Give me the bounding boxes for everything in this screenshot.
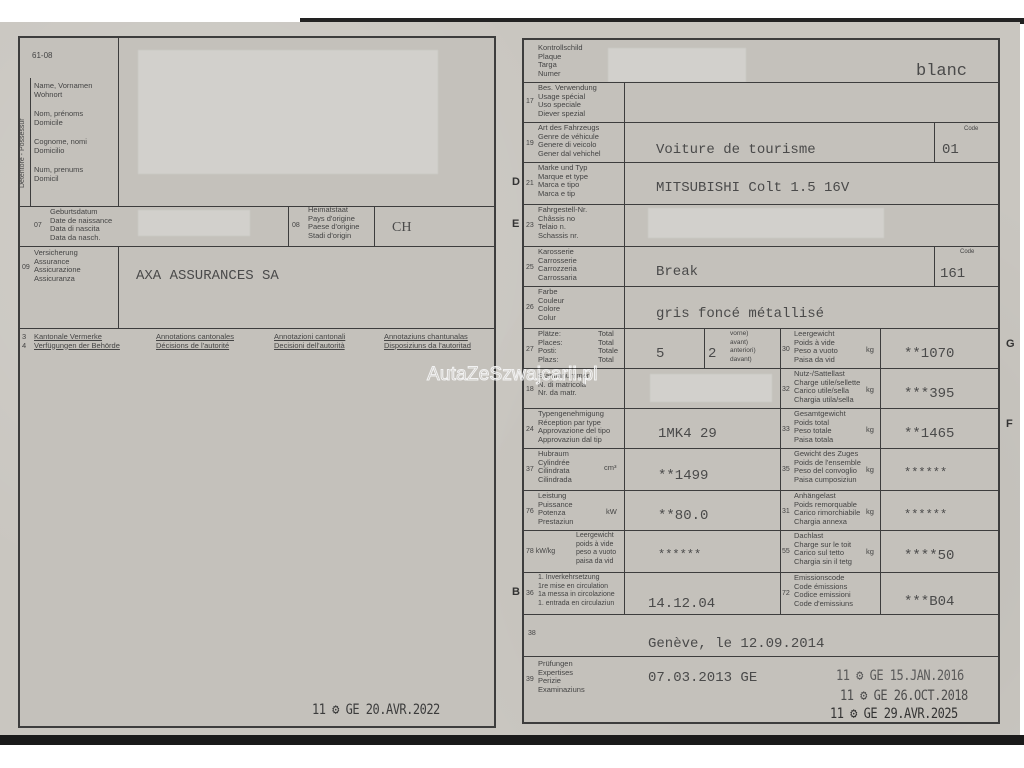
redacted-birthdate xyxy=(138,210,250,236)
annotations-number: 3 4 xyxy=(22,333,26,350)
type-approval-value: 1MK4 29 xyxy=(658,426,717,442)
origin-value: CH xyxy=(392,220,411,236)
train-weight-value: ****** xyxy=(904,466,947,480)
displacement-value: **1499 xyxy=(658,468,708,484)
side-letter-e: E xyxy=(512,218,519,230)
towing-load-value: ****** xyxy=(904,508,947,522)
divider xyxy=(524,614,1000,615)
divider xyxy=(20,246,496,247)
field-30-number: 30 xyxy=(782,346,790,353)
side-letter-b: B xyxy=(512,586,520,598)
holder-side-label: Detentore - Possessur xyxy=(19,118,26,188)
field-78-number: 78 kW/kg xyxy=(526,548,555,555)
field-19-number: 19 xyxy=(526,140,534,147)
seats-total-value: 5 xyxy=(656,346,664,362)
body-code: 161 xyxy=(940,266,965,282)
roof-load-unit: kg xyxy=(866,548,874,557)
make-model-label: Marke und Typ Marque et type Marca e tip… xyxy=(538,164,588,198)
color-value: gris foncé métallisé xyxy=(656,306,824,322)
divider xyxy=(524,530,1000,531)
divider xyxy=(524,448,1000,449)
field-27-number: 27 xyxy=(526,346,534,353)
annotations-it: Annotazioni cantonali Decisioni dell'aut… xyxy=(274,333,345,350)
inspection-stamp-2: 11 ⚙ GE 26.OCT.2018 xyxy=(840,687,968,704)
divider xyxy=(524,286,1000,287)
side-letter-d: D xyxy=(512,176,520,188)
field-25-number: 25 xyxy=(526,264,534,271)
displacement-unit: cm³ xyxy=(604,464,617,473)
empty-weight-value: **1070 xyxy=(904,346,954,362)
body-value: Break xyxy=(656,264,698,280)
redacted-holder-name xyxy=(138,50,438,174)
field-38-number: 38 xyxy=(528,630,536,637)
annotations-fr: Annotations cantonales Décisions de l'au… xyxy=(156,333,234,350)
divider xyxy=(524,490,1000,491)
field-07-number: 07 xyxy=(34,222,42,229)
divider xyxy=(30,78,31,206)
inspection-stamp-3: 11 ⚙ GE 29.AVR.2025 xyxy=(830,705,958,722)
field-18-number: 18 xyxy=(526,386,534,393)
field-26-number: 26 xyxy=(526,304,534,311)
field-17-number: 17 xyxy=(526,98,534,105)
field-21-number: 21 xyxy=(526,180,534,187)
field-23-number: 23 xyxy=(526,222,534,229)
vehicle-type-code: 01 xyxy=(942,142,959,158)
form-code: 61-08 xyxy=(32,52,52,61)
divider xyxy=(704,328,705,368)
holder-label-it: Cognome, nomi Domicilio xyxy=(34,138,87,155)
vehicle-type-code-label: Code xyxy=(964,125,978,134)
power-label: Leistung Puissance Potenza Prestaziun xyxy=(538,492,573,526)
side-letter-g: G xyxy=(1006,338,1015,350)
vehicle-type-value: Voiture de tourisme xyxy=(656,142,816,158)
divider xyxy=(118,246,119,328)
roof-load-label: Dachlast Charge sur le toit Carico sul t… xyxy=(794,532,852,566)
body-label: Karosserie Carrosserie Carrozzeria Carro… xyxy=(538,248,577,282)
field-55-number: 55 xyxy=(782,548,790,555)
towing-load-unit: kg xyxy=(866,508,874,517)
seats-label: Plätze: Places: Posti: Plazs: xyxy=(538,330,563,364)
seats-front-value: 2 xyxy=(708,346,716,362)
redacted-plate-number xyxy=(608,48,746,82)
towing-load-label: Anhängelast Poids remorquable Carico rim… xyxy=(794,492,860,526)
vehicle-type-label: Art des Fahrzeugs Genre de véhicule Gene… xyxy=(538,124,601,158)
divider xyxy=(524,246,1000,247)
divider xyxy=(524,656,1000,657)
watermark: AutaZeSzwajcarii.pl xyxy=(427,364,598,386)
special-use-label: Bes. Verwendung Usage spécial Uso specia… xyxy=(538,84,597,118)
divider xyxy=(524,204,1000,205)
total-weight-label: Gesamtgewicht Poids total Peso totale Pa… xyxy=(794,410,846,444)
divider xyxy=(118,38,119,206)
train-weight-label: Gewicht des Zuges Poids de l'ensemble Pe… xyxy=(794,450,861,484)
issue-place-date: Genève, le 12.09.2014 xyxy=(648,636,824,652)
roof-load-value: ****50 xyxy=(904,548,954,564)
empty-weight-unit: kg xyxy=(866,346,874,355)
color-label: Farbe Couleur Colore Colur xyxy=(538,288,564,322)
divider xyxy=(934,246,935,286)
left-page: 61-08 Detentore - Possessur Name, Vornam… xyxy=(18,36,496,728)
field-08-number: 08 xyxy=(292,222,300,229)
inspections-label: Prüfungen Expertises Perizie Examinaziun… xyxy=(538,660,585,694)
insurance-label: Versicherung Assurance Assicurazione Ass… xyxy=(34,249,81,283)
total-weight-value: **1465 xyxy=(904,426,954,442)
displacement-label: Hubraum Cylindrée Cilindrata Cilindrada xyxy=(538,450,572,484)
emission-code-value: ***B04 xyxy=(904,594,954,610)
origin-label: Heimatstaat Pays d'origine Paese d'origi… xyxy=(308,206,359,240)
payload-label: Nutz-/Sattellast Charge utile/sellette C… xyxy=(794,370,860,404)
plate-label: Kontrollschild Plaque Targa Numer xyxy=(538,44,583,78)
total-weight-unit: kg xyxy=(866,426,874,435)
first-registration-value: 14.12.04 xyxy=(648,596,715,612)
inspection-stamp-1: 11 ⚙ GE 15.JAN.2016 xyxy=(836,667,964,684)
divider xyxy=(524,162,1000,163)
field-33-number: 33 xyxy=(782,426,790,433)
redacted-chassis-number xyxy=(648,208,884,238)
plate-color-value: blanc xyxy=(916,62,967,81)
field-09-number: 09 xyxy=(22,264,30,271)
divider xyxy=(524,328,1000,329)
field-76-number: 76 xyxy=(526,508,534,515)
seats-total-label: Total Total Totale Total xyxy=(598,330,618,364)
left-page-stamp: 11 ⚙ GE 20.AVR.2022 xyxy=(312,701,440,718)
photo-background-bottom xyxy=(0,735,1024,745)
side-letter-f: F xyxy=(1006,418,1013,430)
power-weight-value: ****** xyxy=(658,548,701,562)
divider xyxy=(20,328,496,329)
field-36-number: 36 xyxy=(526,590,534,597)
divider xyxy=(288,206,289,246)
body-code-label: Code xyxy=(960,248,974,257)
holder-label-de: Name, Vornamen Wohnort xyxy=(34,82,92,99)
field-37-number: 37 xyxy=(526,466,534,473)
power-unit: kW xyxy=(606,508,617,517)
payload-value: ***395 xyxy=(904,386,954,402)
empty-weight-label: Leergewicht Poids à vide Peso a vuoto Pa… xyxy=(794,330,838,364)
first-registration-label: 1. Inverkehrsetzung 1re mise en circulat… xyxy=(538,574,615,608)
field-31-number: 31 xyxy=(782,508,790,515)
field-39-number: 39 xyxy=(526,676,534,683)
insurance-value: AXA ASSURANCES SA xyxy=(136,268,279,284)
payload-unit: kg xyxy=(866,386,874,395)
divider xyxy=(934,122,935,162)
annotations-de: Kantonale Vermerke Verfügungen der Behör… xyxy=(34,333,120,350)
annotations-rm: Annotaziuns chantunalas Disposiziuns da … xyxy=(384,333,471,350)
emission-code-label: Emissionscode Code émissions Codice emis… xyxy=(794,574,853,608)
birthdate-label: Geburtsdatum Date de naissance Data di n… xyxy=(50,208,112,242)
train-weight-unit: kg xyxy=(866,466,874,475)
inspection-value: 07.03.2013 GE xyxy=(648,670,757,686)
make-model-value: MITSUBISHI Colt 1.5 16V xyxy=(656,180,849,196)
redacted-matriculation-number xyxy=(650,374,772,402)
divider xyxy=(524,572,1000,573)
field-35-number: 35 xyxy=(782,466,790,473)
holder-label-rm: Num, prenums Domicil xyxy=(34,166,83,183)
power-weight-label: Leergewicht poids à vide peso a vuoto pa… xyxy=(576,532,616,566)
divider xyxy=(374,206,375,246)
chassis-label: Fahrgestell-Nr. Châssis no Telaio n. Sch… xyxy=(538,206,587,240)
power-value: **80.0 xyxy=(658,508,708,524)
field-32-number: 32 xyxy=(782,386,790,393)
field-24-number: 24 xyxy=(526,426,534,433)
type-approval-label: Typengenehmigung Réception par type Appr… xyxy=(538,410,610,444)
seats-front-label: vorne) avant) anteriori) davant) xyxy=(730,330,756,364)
field-72-number: 72 xyxy=(782,590,790,597)
holder-label-fr: Nom, prénoms Domicile xyxy=(34,110,83,127)
